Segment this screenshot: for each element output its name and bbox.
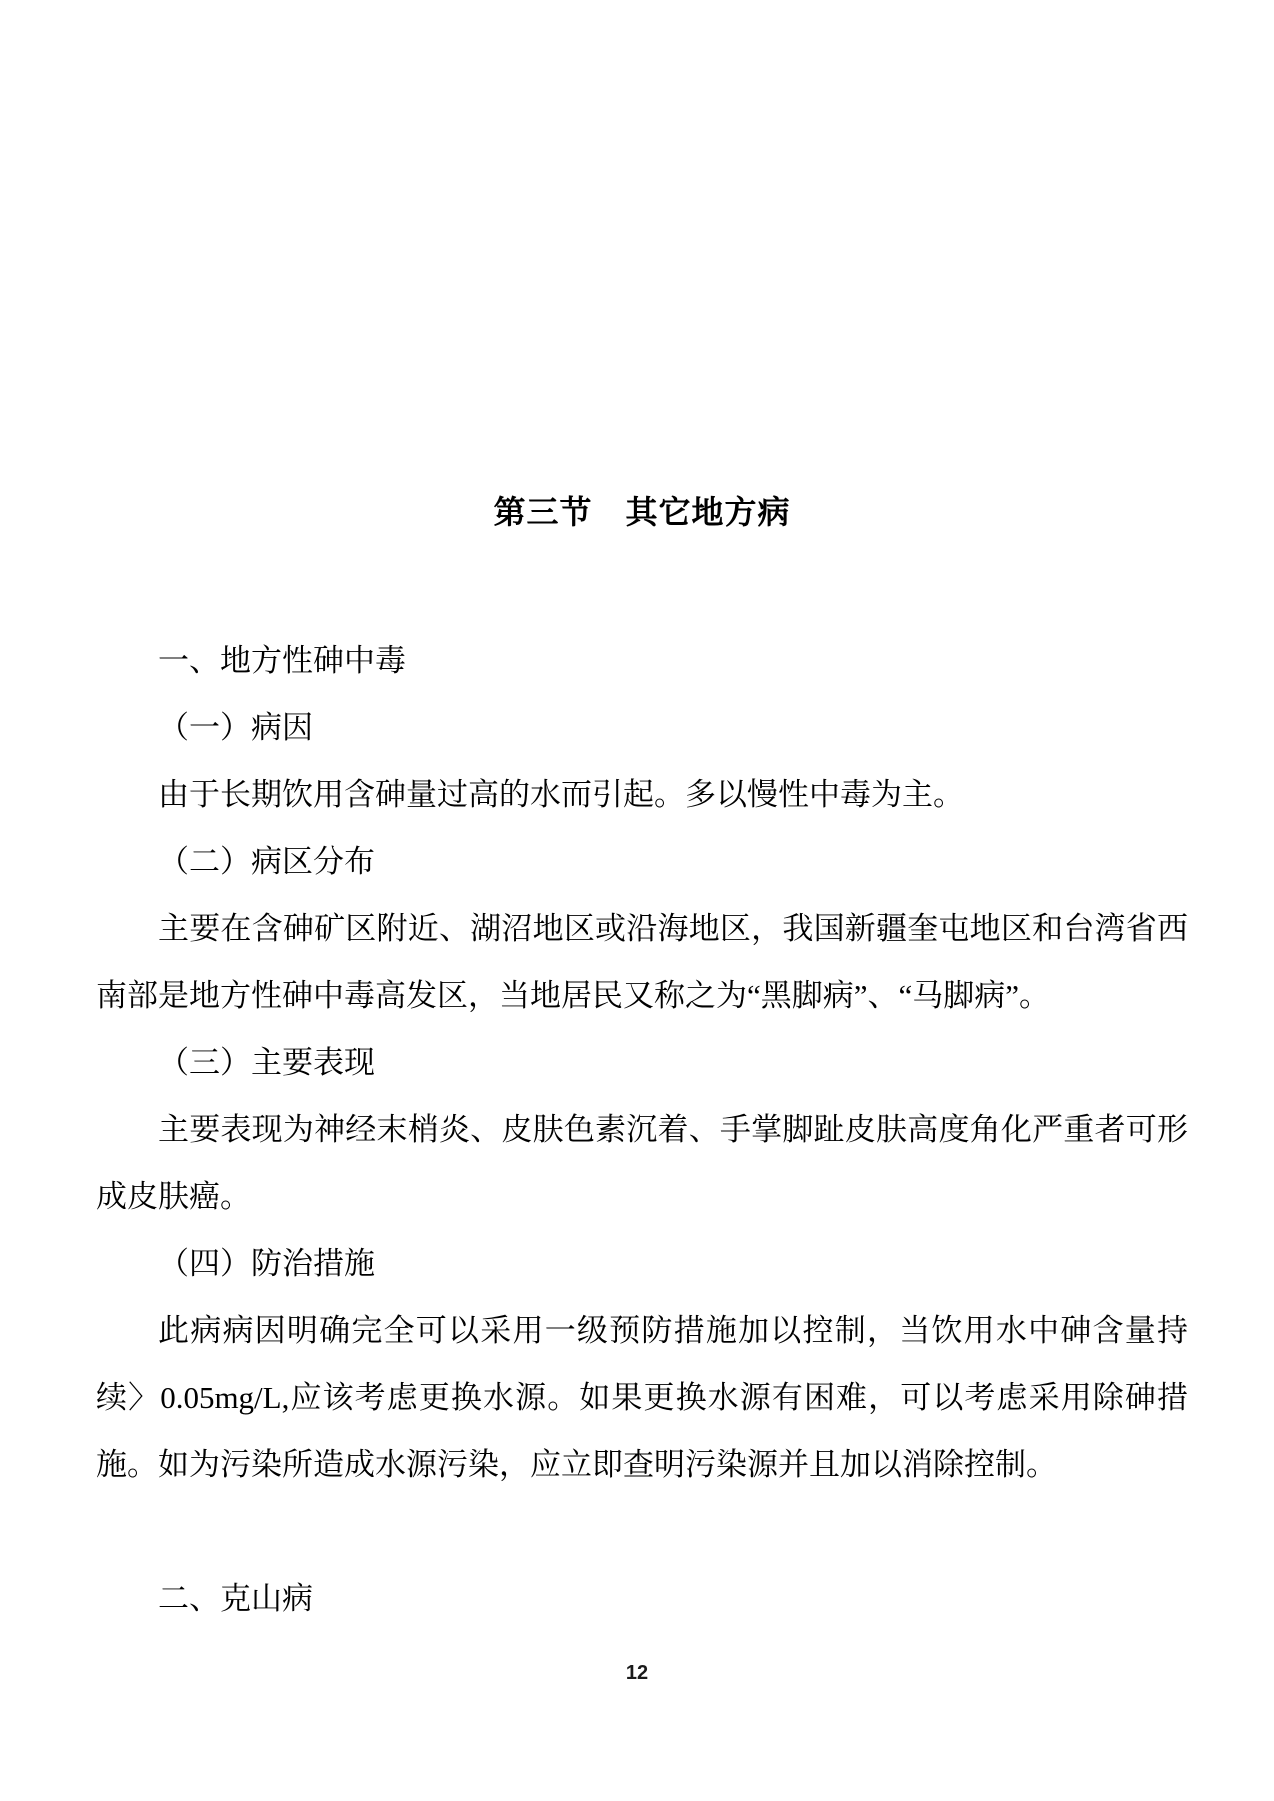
- page-content: 第三节 其它地方病 一、地方性砷中毒 （一）病因 由于长期饮用含砷量过高的水而引…: [96, 0, 1188, 1632]
- sub-heading-manifestations: （三）主要表现: [96, 1029, 1188, 1096]
- section-heading-keshan: 二、克山病: [96, 1565, 1188, 1632]
- document-page: 第三节 其它地方病 一、地方性砷中毒 （一）病因 由于长期饮用含砷量过高的水而引…: [0, 0, 1274, 1801]
- sub-heading-distribution: （二）病区分布: [96, 828, 1188, 895]
- paragraph-manifestations: 主要表现为神经末梢炎、皮肤色素沉着、手掌脚趾皮肤高度角化严重者可形成皮肤癌。: [96, 1096, 1188, 1230]
- section-heading-arsenic: 一、地方性砷中毒: [96, 627, 1188, 694]
- sub-heading-cause: （一）病因: [96, 694, 1188, 761]
- sub-heading-prevention: （四）防治措施: [96, 1230, 1188, 1297]
- paragraph-distribution: 主要在含砷矿区附近、湖沼地区或沿海地区，我国新疆奎屯地区和台湾省西南部是地方性砷…: [96, 895, 1188, 1029]
- paragraph-cause: 由于长期饮用含砷量过高的水而引起。多以慢性中毒为主。: [96, 761, 1188, 828]
- paragraph-prevention: 此病病因明确完全可以采用一级预防措施加以控制，当饮用水中砷含量持续〉0.05mg…: [96, 1297, 1188, 1498]
- section-title: 第三节 其它地方病: [96, 490, 1188, 534]
- body-text: 一、地方性砷中毒 （一）病因 由于长期饮用含砷量过高的水而引起。多以慢性中毒为主…: [96, 627, 1188, 1632]
- page-number: 12: [0, 1662, 1274, 1685]
